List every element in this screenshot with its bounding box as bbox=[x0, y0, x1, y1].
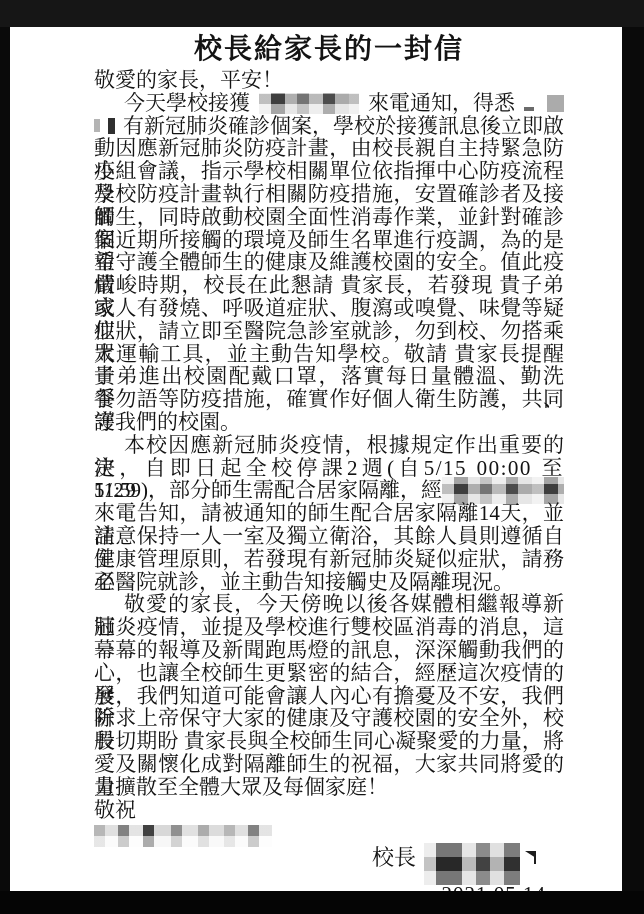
redaction-mosaic bbox=[259, 93, 359, 114]
body-line: 愛及關懷化成對隔離師生的祝福，大家共同將愛的力 bbox=[94, 753, 564, 776]
body-line: 眾運輸工具，並主動告知學校。敬請 貴家長提醒 貴 bbox=[94, 343, 564, 366]
body-line: 量擴散至全體大眾及每個家庭！ bbox=[94, 776, 564, 799]
page-title: 校長給家長的一封信 bbox=[94, 31, 564, 67]
signature-flourish-mark bbox=[522, 851, 538, 871]
letterbox-top bbox=[0, 0, 644, 27]
body-line: 來電告知，請被通知的師生配合居家隔離14天，並請 bbox=[94, 502, 564, 525]
screenshot-root: { "colors": { "page_bg": "#ffffff", "fra… bbox=[0, 0, 644, 914]
body-text: 11:59)，部分師生需配合居家隔離，經 bbox=[94, 479, 442, 502]
blessing-redaction-line bbox=[94, 821, 564, 844]
body-line: 家人有發燒、呼吸道症狀、腹瀉或嗅覺、味覺等疑似 bbox=[94, 297, 564, 320]
body-line: 幕幕的報導及新聞跑馬燈的訊息，深深觸動我們的 bbox=[94, 639, 564, 662]
body-line: 師生，同時啟動校園全面性消毒作業，並針對確診個 bbox=[94, 206, 564, 229]
body-line: 展，我們知道可能會讓人內心有擔憂及不安，我們除 bbox=[94, 685, 564, 708]
body-line: 症狀，請立即至醫院急診室就診，勿到校、勿搭乘大 bbox=[94, 320, 564, 343]
body-line: 學校防疫計畫執行相關防疫措施，安置確診者及接觸 bbox=[94, 183, 564, 206]
salutation-line: 敬愛的家長，平安！ bbox=[94, 69, 564, 92]
body-line: 至醫院就診，並主動告知接觸史及隔離現況。 bbox=[94, 571, 564, 594]
letter-page: 校長給家長的一封信 敬愛的家長，平安！ 今天學校接獲 來電通知，得悉 有新冠肺炎… bbox=[10, 27, 622, 891]
body-line: 注意保持一人一室及獨立衛浴，其餘人員則遵循自主 bbox=[94, 525, 564, 548]
redaction-mosaic bbox=[547, 95, 564, 112]
body-line: 子弟進出校園配戴口罩，落實每日量體溫、勤洗手、 bbox=[94, 365, 564, 388]
body-text: 來電通知，得悉 bbox=[368, 92, 515, 115]
signature-redaction-mosaic bbox=[424, 843, 520, 885]
body-line: 餐勿語等防疫措施，確實作好個人衛生防護，共同守 bbox=[94, 388, 564, 411]
body-text: 有新冠肺炎確診個案，學校於接獲訊息後立即啟 bbox=[123, 115, 564, 138]
letter-content: 校長給家長的一封信 敬愛的家長，平安！ 今天學校接獲 來電通知，得悉 有新冠肺炎… bbox=[10, 27, 622, 907]
redaction-mosaic bbox=[108, 118, 115, 134]
body-line: 敬愛的家長，今天傍晚以後各媒體相繼報導新冠 bbox=[94, 593, 564, 616]
closing-line: 敬祝 bbox=[94, 799, 564, 822]
body-line: 心，也讓全校師生更緊密的結合，經歷這次疫情的發 bbox=[94, 662, 564, 685]
body-line: 動因應新冠肺炎防疫計畫，由校長親自主持緊急防疫 bbox=[94, 137, 564, 160]
signature-label: 校長 bbox=[372, 843, 416, 873]
redaction-mosaic bbox=[94, 825, 272, 847]
body-line: 護我們的校園。 bbox=[94, 411, 564, 434]
redaction-mosaic bbox=[94, 119, 100, 132]
body-line: 祈求上帝保守大家的健康及守護校園的安全外，校長 bbox=[94, 707, 564, 730]
body-line: 有新冠肺炎確診個案，學校於接獲訊息後立即啟 bbox=[94, 115, 564, 138]
redaction-mark bbox=[524, 107, 534, 111]
body-line: 殷切期盼 貴家長與全校師生同心凝聚愛的力量，將 bbox=[94, 730, 564, 753]
letterbox-bottom bbox=[0, 891, 644, 914]
body-line: 今天學校接獲 來電通知，得悉 bbox=[94, 92, 564, 115]
body-line: 健康管理原則，若發現有新冠肺炎疑似症狀，請務必 bbox=[94, 548, 564, 571]
body-line: 定，自即日起全校停課2週(自5/15 00:00 至 5/29 bbox=[94, 457, 564, 480]
body-line: 11:59)，部分師生需配合居家隔離，經 bbox=[94, 479, 564, 502]
body-line: 肺炎疫情，並提及學校進行雙校區消毒的消息，這一 bbox=[94, 616, 564, 639]
body-text: 今天學校接獲 bbox=[94, 92, 250, 115]
body-line: 小組會議，指示學校相關單位依指揮中心防疫流程及 bbox=[94, 160, 564, 183]
signature-row: 校長 bbox=[372, 843, 538, 885]
body-line: 嚴峻時期，校長在此懇請 貴家長，若發現 貴子弟或 bbox=[94, 274, 564, 297]
body-line: 本校因應新冠肺炎疫情，根據規定作出重要的決 bbox=[94, 434, 564, 457]
body-line: 案近期所接觸的環境及師生名單進行疫調，為的是希 bbox=[94, 229, 564, 252]
body-line: 望守護全體師生的健康及維護校園的安全。值此疫情 bbox=[94, 251, 564, 274]
